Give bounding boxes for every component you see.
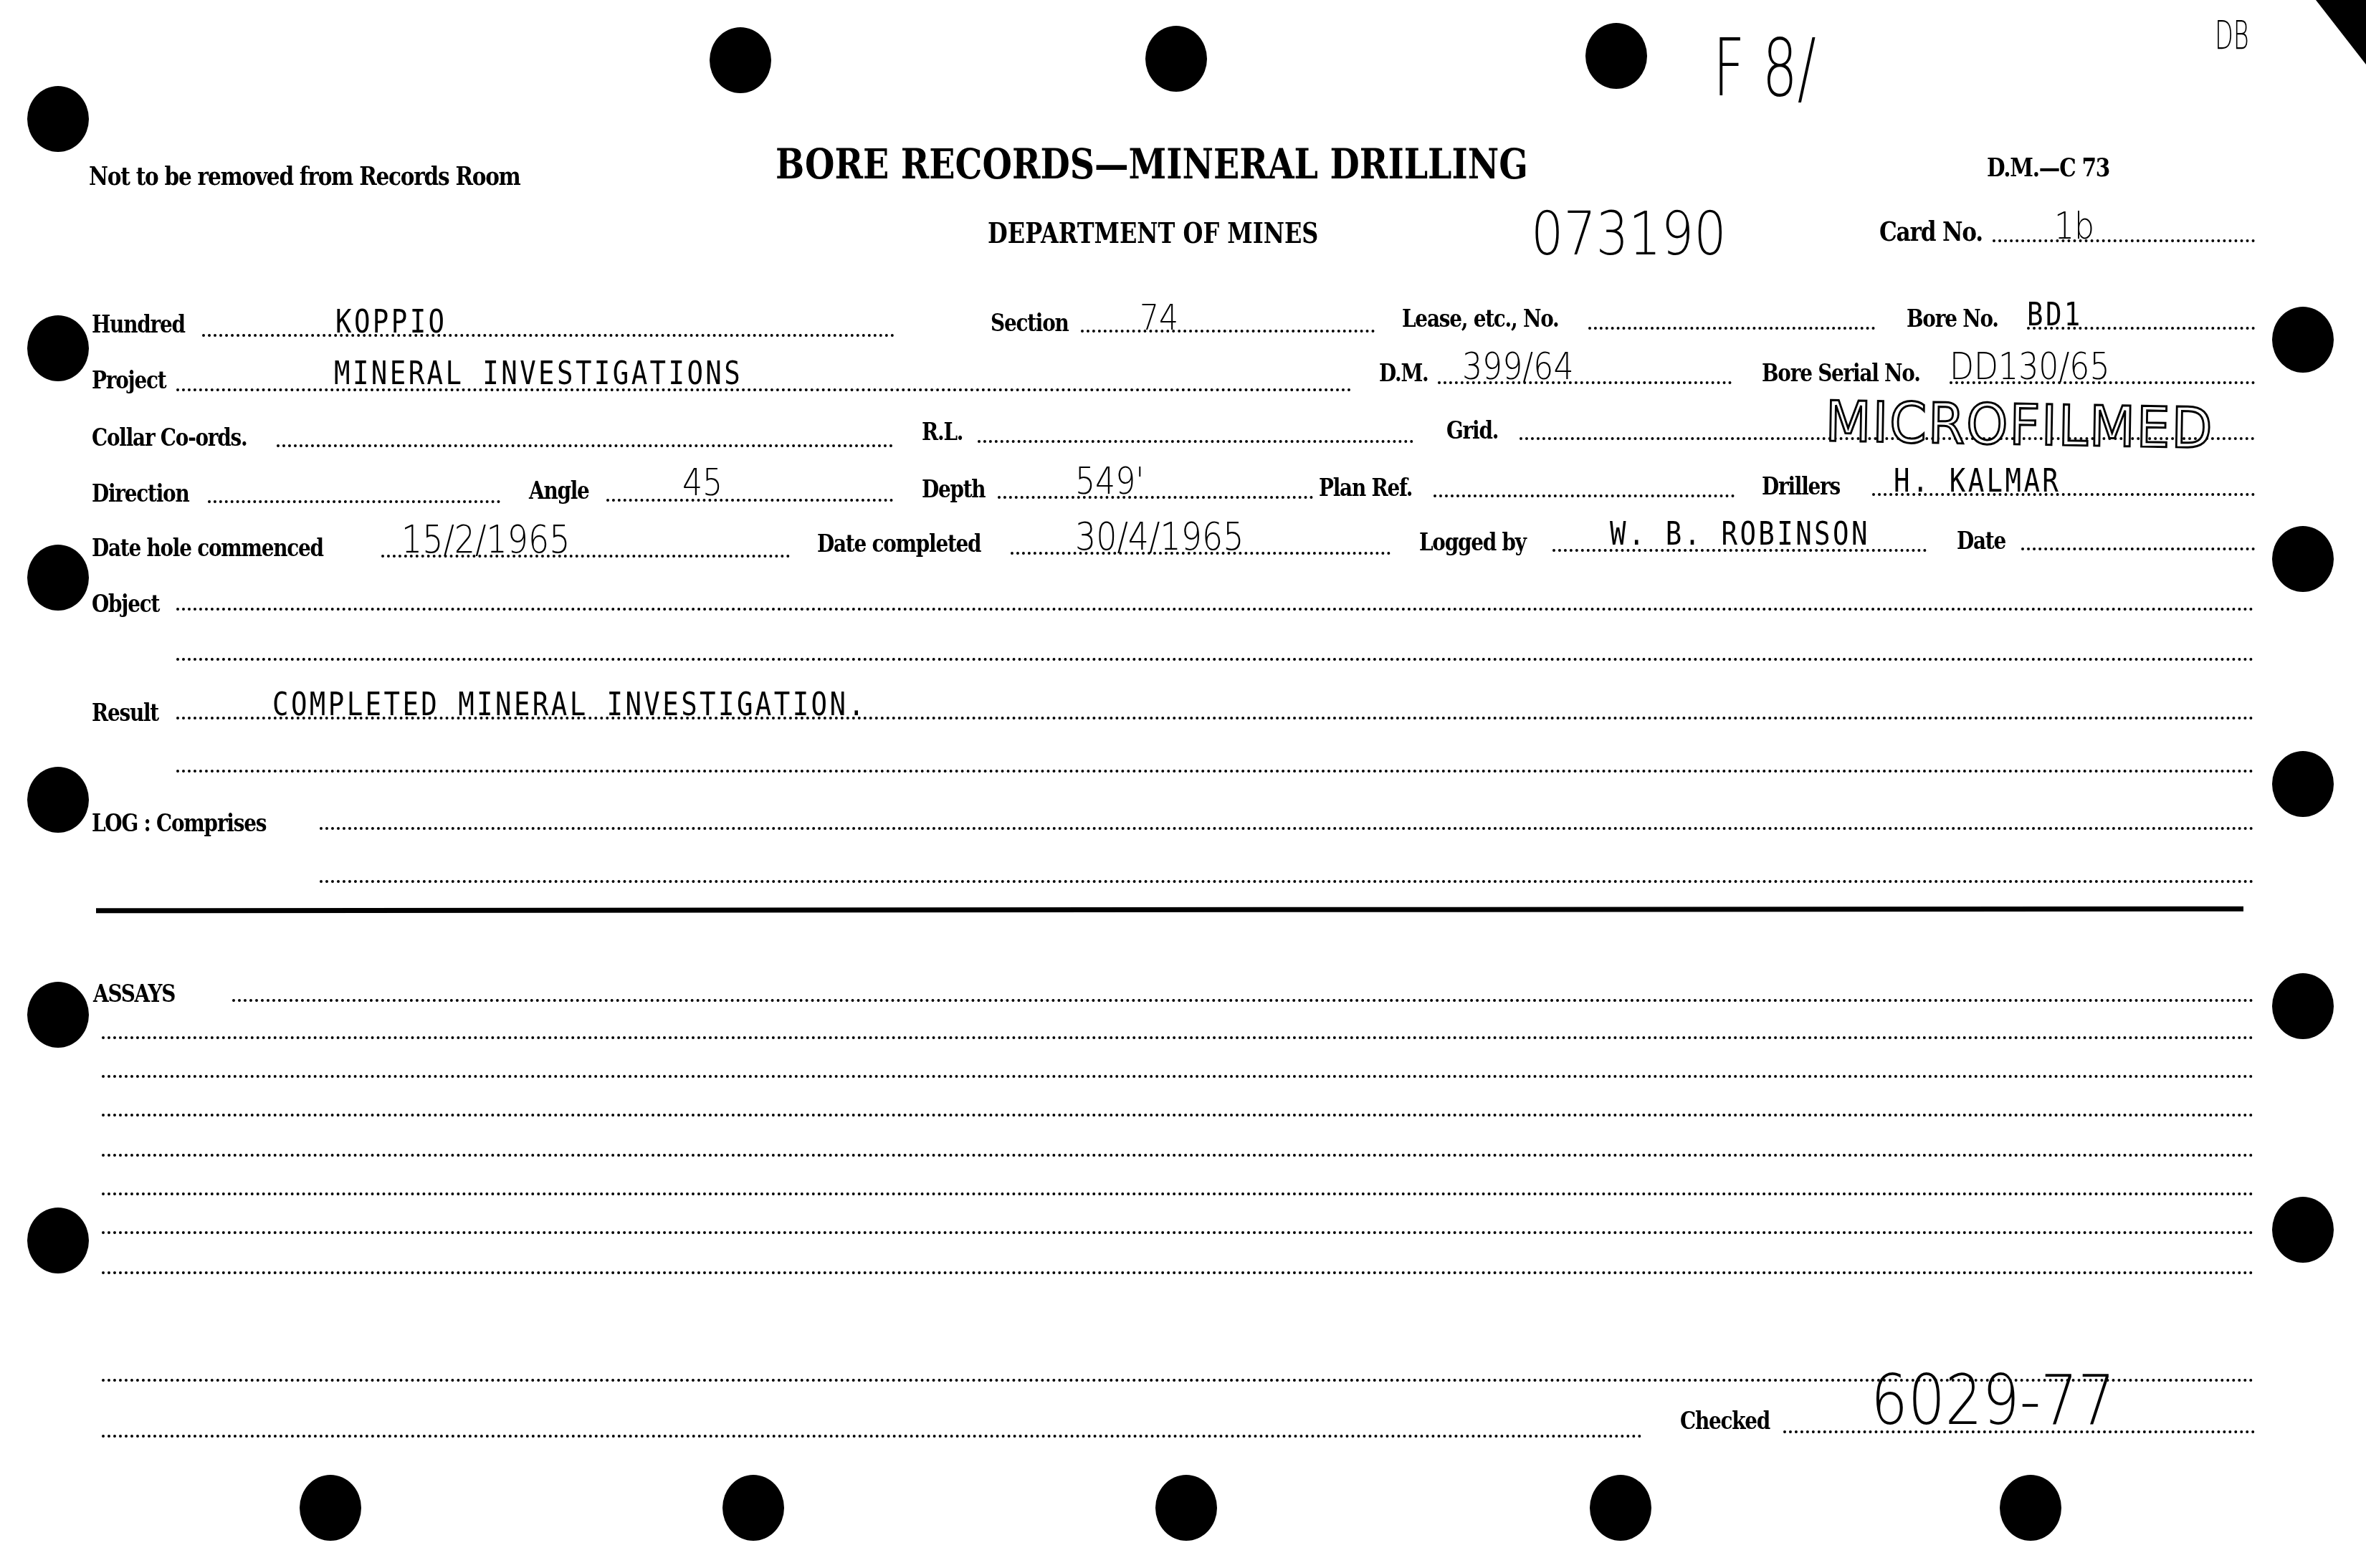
plan-ref-label: Plan Ref.	[1319, 476, 1412, 500]
date-label: Date	[1957, 529, 2005, 553]
punch-hole	[2000, 1475, 2061, 1541]
plan-ref-line[interactable]	[1434, 494, 1735, 497]
log-line-2[interactable]	[320, 880, 2255, 883]
bore-no-label: Bore No.	[1907, 307, 1998, 331]
bore-serial-label: Bore Serial No.	[1762, 361, 1920, 386]
rl-line[interactable]	[978, 440, 1413, 443]
assays-line-4[interactable]	[102, 1114, 2255, 1117]
angle-value: 45	[682, 464, 722, 502]
assays-line-5[interactable]	[102, 1154, 2255, 1157]
punch-hole	[2272, 1197, 2334, 1263]
card-no-line	[1993, 239, 2255, 242]
drillers-label: Drillers	[1762, 474, 1840, 499]
logged-by-value: W. B. ROBINSON	[1610, 519, 1870, 550]
lease-label: Lease, etc., No.	[1402, 307, 1559, 331]
punch-hole	[2272, 973, 2334, 1039]
object-label: Object	[92, 592, 159, 616]
collar-line[interactable]	[277, 444, 893, 447]
assays-line-6[interactable]	[102, 1192, 2255, 1195]
log-line-1[interactable]	[320, 827, 2255, 830]
assays-label: ASSAYS	[93, 982, 175, 1006]
punch-hole	[722, 1475, 784, 1541]
hundred-label: Hundred	[92, 312, 185, 337]
assays-line-3[interactable]	[102, 1075, 2255, 1078]
assays-line-10[interactable]	[102, 1435, 1643, 1438]
grid-label: Grid.	[1446, 419, 1498, 443]
punch-hole	[27, 982, 89, 1048]
dm-label: D.M.	[1379, 361, 1428, 386]
assays-line-8[interactable]	[102, 1271, 2255, 1274]
record-number: 073190	[1531, 204, 1727, 264]
date-commenced-value: 15/2/1965	[401, 520, 570, 559]
punch-hole	[27, 1208, 89, 1273]
date-completed-value: 30/4/1965	[1075, 517, 1244, 556]
lease-line[interactable]	[1588, 327, 1875, 330]
depth-line[interactable]	[998, 496, 1313, 499]
punch-hole	[1585, 23, 1647, 89]
checked-value: 6029-77	[1871, 1366, 2115, 1435]
rl-label: R.L.	[922, 420, 963, 444]
punch-hole	[1145, 26, 1207, 92]
date-commenced-label: Date hole commenced	[92, 536, 323, 560]
section-value: 74	[1140, 300, 1178, 335]
card-title: BORE RECORDS—MINERAL DRILLING	[776, 143, 1528, 185]
handwritten-initials: DB	[2215, 16, 2249, 56]
punch-hole	[27, 545, 89, 611]
dm-value: 399/64	[1462, 348, 1574, 386]
date-completed-label: Date completed	[817, 532, 981, 556]
date-line[interactable]	[2021, 548, 2255, 550]
punch-hole	[2272, 751, 2334, 817]
result-label: Result	[92, 701, 158, 725]
punch-hole	[1590, 1475, 1651, 1541]
punch-hole	[1155, 1475, 1217, 1541]
punch-hole	[710, 27, 771, 93]
bore-serial-value: DD130/65	[1950, 348, 2110, 386]
object-line-1[interactable]	[176, 608, 2255, 611]
depth-label: Depth	[922, 477, 985, 502]
punch-hole	[27, 767, 89, 833]
punch-hole	[2272, 526, 2334, 592]
depth-value: 549'	[1075, 463, 1145, 500]
punch-hole	[27, 315, 89, 381]
assays-line-7[interactable]	[102, 1231, 2255, 1234]
direction-label: Direction	[92, 482, 189, 506]
section-divider	[96, 907, 2243, 914]
microfilmed-stamp: MICROFILMED	[1825, 394, 2214, 457]
direction-line[interactable]	[208, 500, 500, 503]
object-line-2[interactable]	[176, 658, 2255, 661]
section-line[interactable]	[1081, 330, 1375, 333]
result-value: COMPLETED MINERAL INVESTIGATION.	[272, 689, 867, 721]
project-label: Project	[92, 368, 166, 393]
angle-label: Angle	[529, 479, 589, 503]
drillers-value: H. KALMAR	[1894, 466, 2061, 497]
result-line-2[interactable]	[176, 770, 2255, 773]
project-value: MINERAL INVESTIGATIONS	[334, 358, 743, 390]
form-code: D.M.—C 73	[1987, 155, 2109, 181]
hundred-line[interactable]	[202, 334, 895, 337]
collar-label: Collar Co-ords.	[92, 426, 247, 450]
card-no-value: 1b	[2054, 208, 2094, 245]
assays-line-1[interactable]	[232, 999, 2255, 1002]
angle-line[interactable]	[606, 499, 893, 502]
checked-label: Checked	[1680, 1409, 1770, 1433]
card-no-label: Card No.	[1879, 218, 1983, 245]
records-room-notice: Not to be removed from Records Room	[89, 163, 520, 189]
bore-no-value: BD1	[2027, 300, 2083, 331]
section-label: Section	[991, 311, 1069, 335]
assays-line-2[interactable]	[102, 1036, 2255, 1039]
handwritten-file-mark: F 8/	[1713, 29, 1816, 107]
corner-cut	[2316, 0, 2366, 64]
logged-by-label: Logged by	[1419, 530, 1526, 555]
department-name: DEPARTMENT OF MINES	[988, 219, 1318, 248]
punch-hole	[2272, 307, 2334, 373]
punch-hole	[300, 1475, 361, 1541]
hundred-value: KOPPIO	[335, 307, 447, 338]
punch-hole	[27, 86, 89, 152]
log-label: LOG : Comprises	[92, 811, 266, 836]
